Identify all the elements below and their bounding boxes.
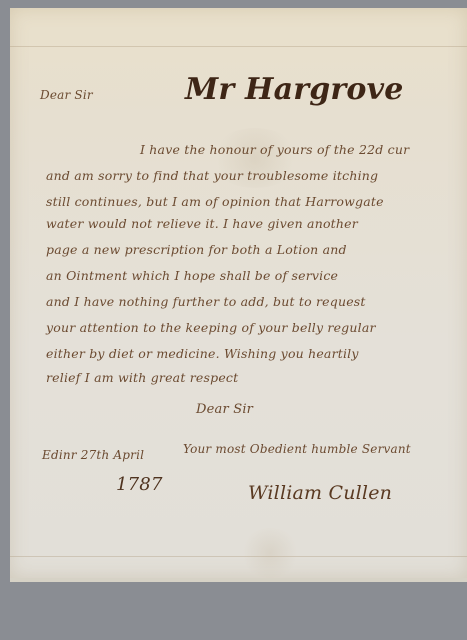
place-date: Edinr 27th April bbox=[42, 448, 144, 462]
addressee: Mr Hargrove bbox=[185, 72, 404, 107]
body-line: an Ointment which I hope shall be of ser… bbox=[46, 268, 338, 283]
valediction: Your most Obedient humble Servant bbox=[183, 442, 411, 456]
body-line: I have the honour of yours of the 22d cu… bbox=[140, 142, 409, 157]
body-line: page a new prescription for both a Lotio… bbox=[46, 242, 347, 257]
body-line: your attention to the keeping of your be… bbox=[46, 320, 376, 335]
salutation: Dear Sir bbox=[40, 88, 93, 102]
body-line: water would not relieve it. I have given… bbox=[46, 216, 358, 231]
paper-stain bbox=[240, 528, 300, 578]
closing-salutation: Dear Sir bbox=[196, 402, 253, 417]
fold-line-top bbox=[10, 46, 467, 47]
body-line: and I have nothing further to add, but t… bbox=[46, 294, 366, 309]
body-line: either by diet or medicine. Wishing you … bbox=[46, 346, 359, 361]
signature: William Cullen bbox=[248, 482, 392, 504]
year: 1787 bbox=[116, 474, 163, 495]
fold-line-bottom bbox=[10, 556, 467, 557]
body-line: still continues, but I am of opinion tha… bbox=[46, 194, 384, 209]
body-line: relief I am with great respect bbox=[46, 370, 238, 385]
body-line: and am sorry to find that your troubleso… bbox=[46, 168, 378, 183]
